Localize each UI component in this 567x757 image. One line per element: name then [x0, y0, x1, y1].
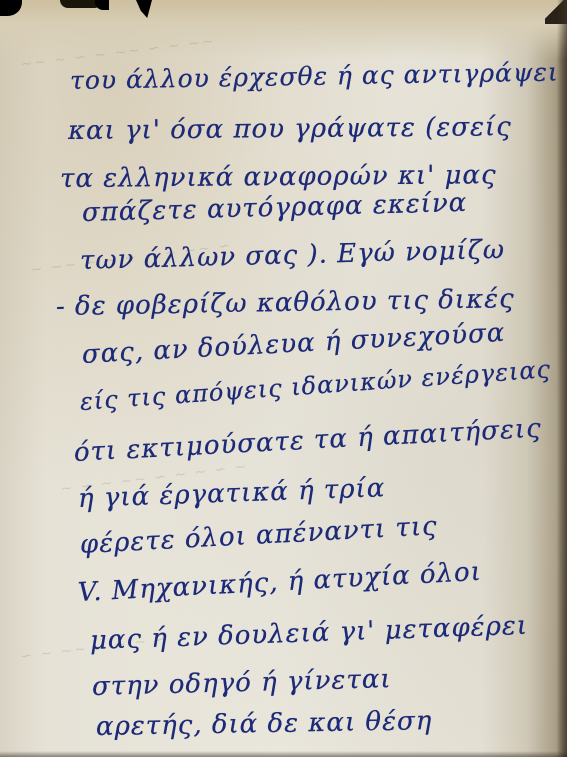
paper-edge-shadow	[0, 751, 567, 757]
handwritten-line: ότι εκτιμούσατε τα ή απαιτήσεις	[73, 414, 542, 468]
handwritten-line: φέρετε όλοι απέναντι τις	[79, 511, 438, 560]
handwritten-line: μας ή εν δουλειά γι' μεταφέρει	[89, 611, 528, 656]
handwritten-line: στην οδηγό ή γίνεται	[92, 664, 392, 702]
handwritten-line: - δε φοβερίζω καθόλου τις δικές	[56, 284, 515, 322]
handwritten-line: αρετής, διά δε και θέση	[96, 706, 433, 742]
handwritten-line: των άλλων σας ). Εγώ νομίζω	[80, 235, 506, 276]
paper-edge-shadow	[557, 0, 567, 757]
handwritten-line: του άλλου έρχεσθε ή ας αντιγράψει	[70, 57, 559, 95]
torn-edge	[60, 0, 100, 8]
handwritten-line: και γι' όσα που γράψατε (εσείς	[68, 112, 512, 146]
manuscript-page: ~~ ∼ ∽ ∼ ~~ ∽ ∼ ~~ ∼ ~~ ∽ ∼ ~ ∽ ∼ ~~ ∽ ~…	[0, 0, 567, 757]
handwritten-line: V. Μηχανικής, ή ατυχία όλοι	[77, 557, 482, 608]
handwritten-line: σπάζετε αυτόγραφα εκείνα	[82, 188, 468, 228]
